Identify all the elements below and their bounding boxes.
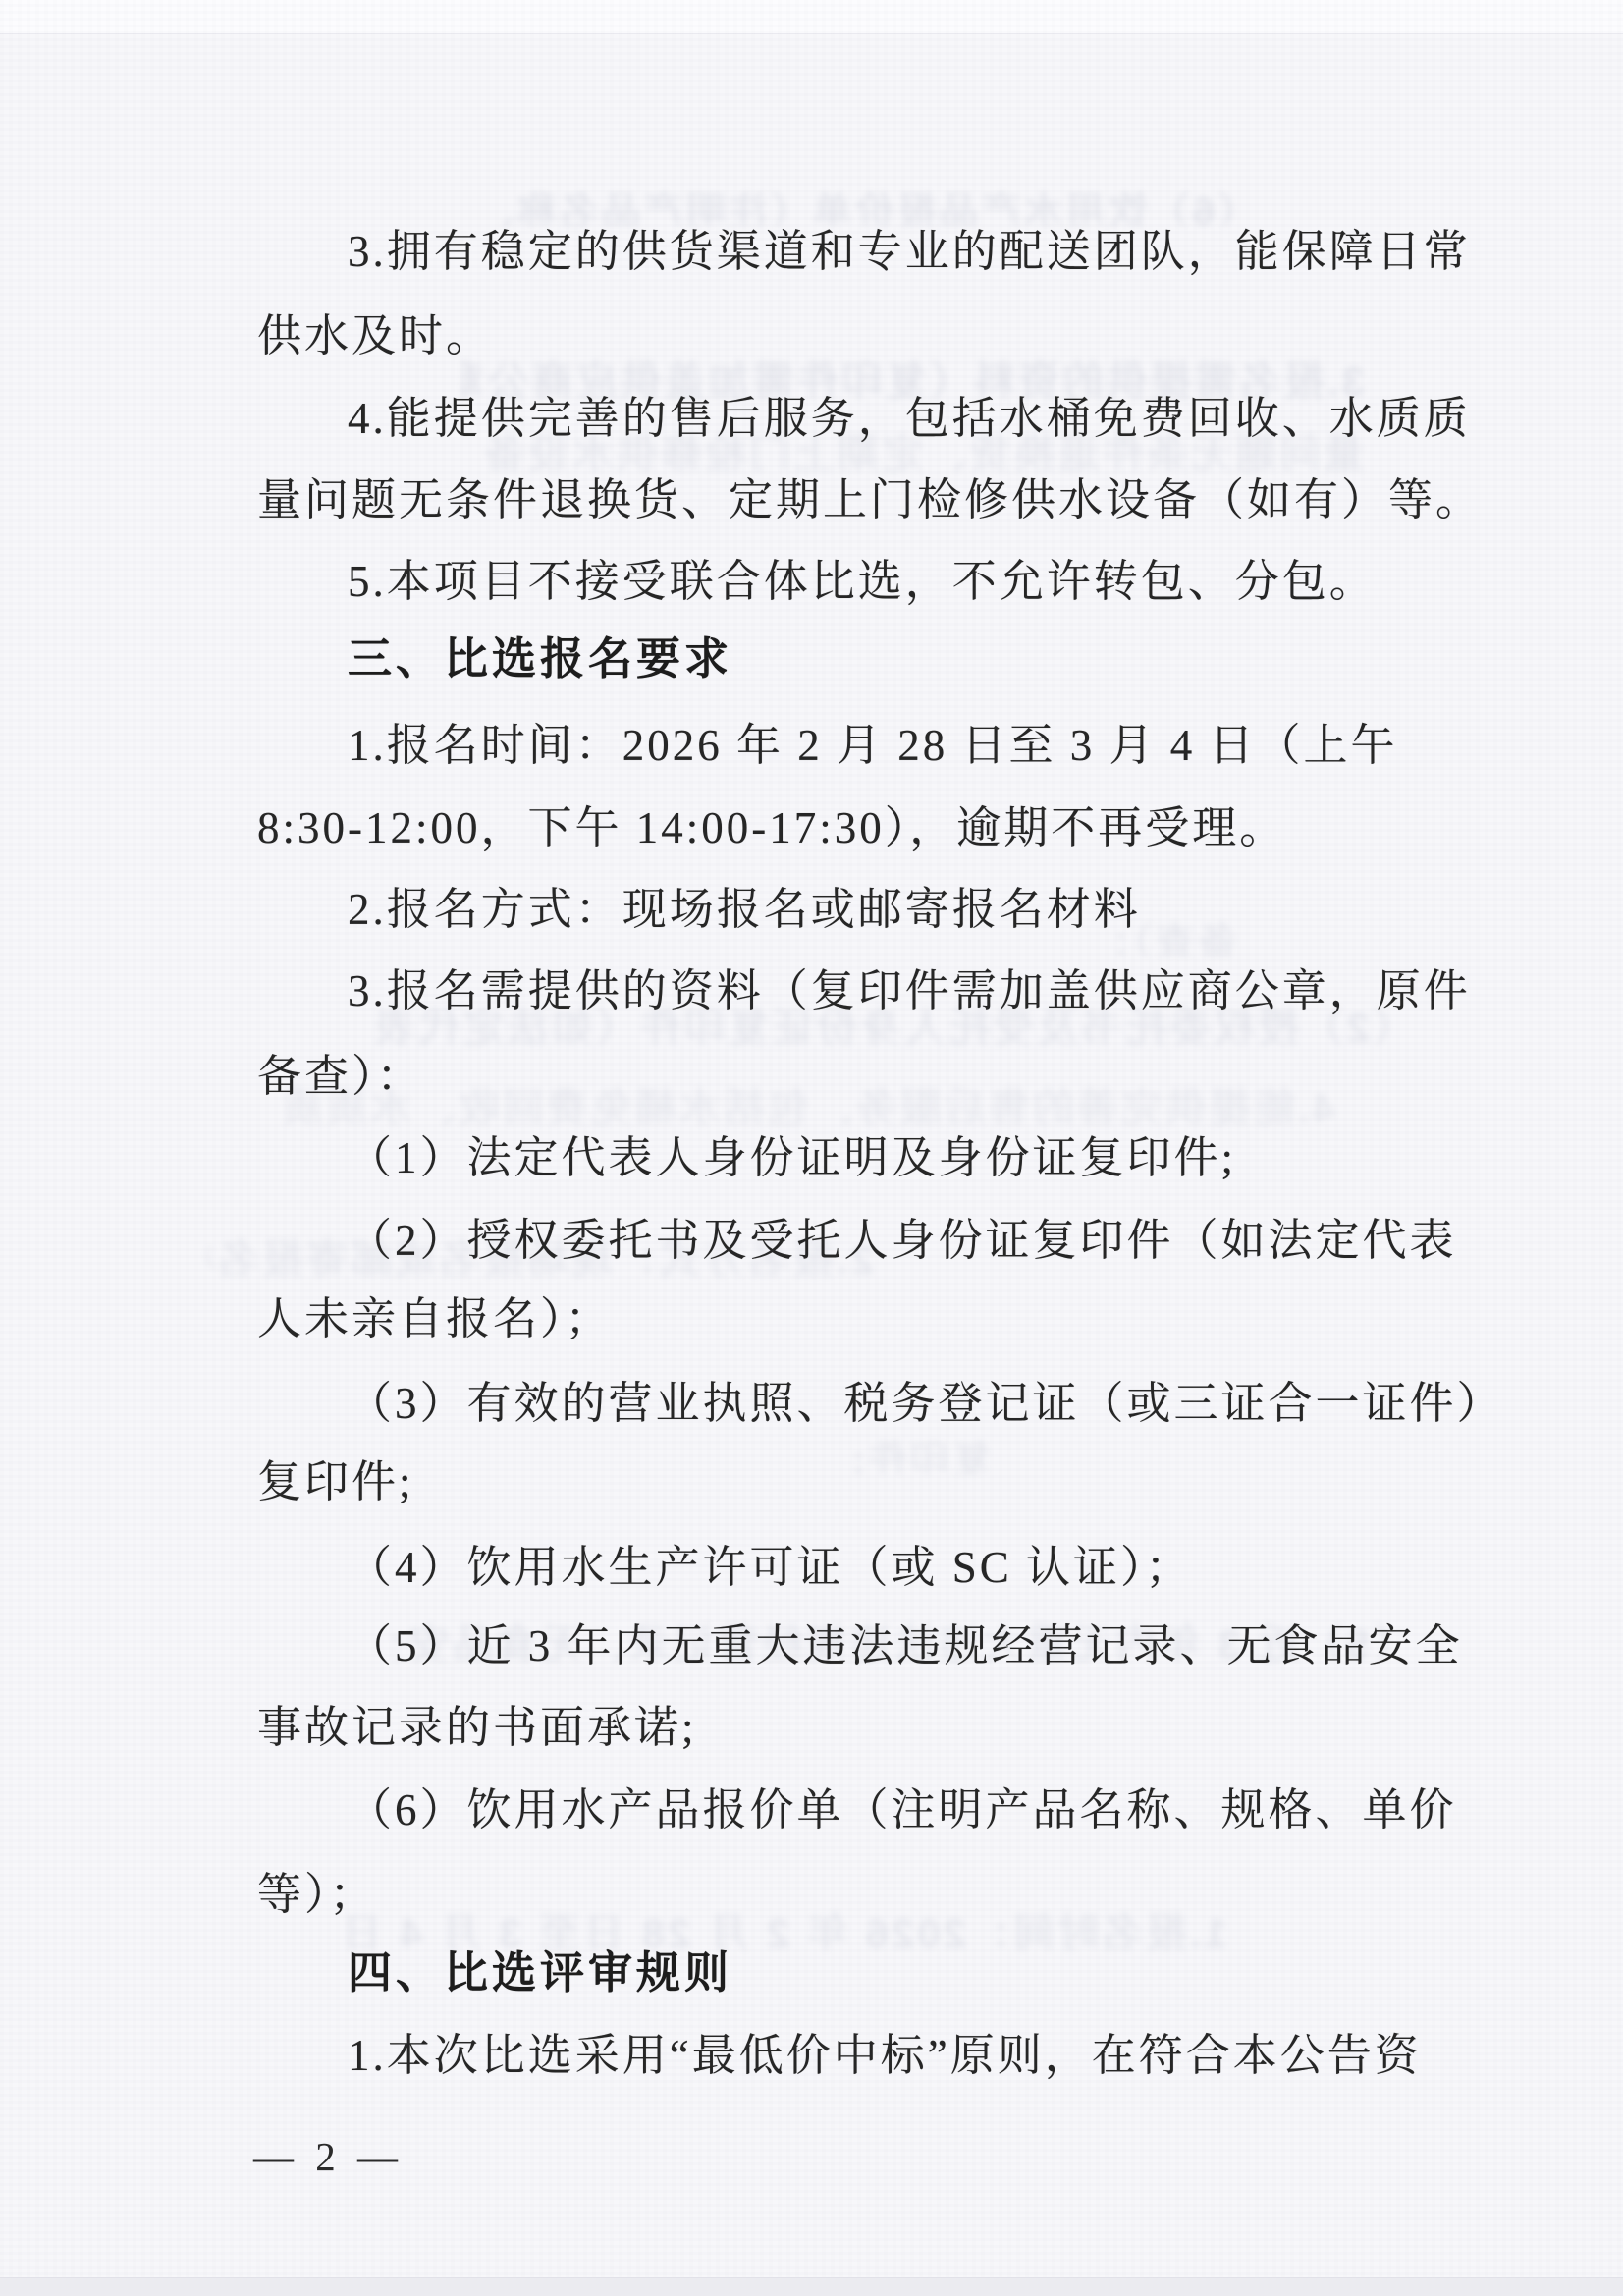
body-line: 5.本项目不接受联合体比选，不允许转包、分包。 <box>348 552 1377 611</box>
body-line: 2.报名方式：现场报名或邮寄报名材料 <box>348 880 1141 939</box>
body-line: 4.能提供完善的售后服务，包括水桶免费回收、水质质 <box>348 389 1471 448</box>
bleed-through-artifact: 复印件; <box>530 1429 992 1474</box>
scanned-document-page: （6）饮用水产品报价单（注明产品名称、规格、单价 3.报名需提供的资料（复印件需… <box>0 0 1623 2296</box>
body-line: 供水及时。 <box>257 306 493 365</box>
scan-edge-bottom <box>0 2277 1623 2296</box>
section-heading-4: 四、比选评审规则 <box>348 1943 732 2002</box>
bleed-through-artifact: （6）饮用水产品报价单（注明产品名称、规格、单价 <box>471 181 1257 226</box>
body-line: 3.拥有稳定的供货渠道和专业的配送团队，能保障日常 <box>348 222 1471 281</box>
body-line: 1.本次比选采用“最低价中标”原则，在符合本公告资 <box>348 2026 1422 2085</box>
body-line: 备查）： <box>257 1047 424 1106</box>
body-line: 复印件; <box>257 1452 414 1511</box>
body-line: （6）饮用水产品报价单（注明产品名称、规格、单价 <box>348 1780 1457 1839</box>
body-line: （2）授权委托书及受托人身份证复印件（如法定代表 <box>348 1211 1457 1270</box>
body-line: 8:30-12:00，下午 14:00-17:30），逾期不再受理。 <box>257 798 1286 857</box>
body-line: （5）近 3 年内无重大违法违规经营记录、无食品安全 <box>348 1616 1463 1675</box>
body-line: 人未亲自报名）； <box>257 1289 613 1348</box>
body-line: （4）饮用水生产许可证（或 SC 认证）； <box>348 1538 1193 1597</box>
body-line: 1.报名时间：2026 年 2 月 28 日至 3 月 4 日（上午 <box>348 716 1398 775</box>
body-line: （1）法定代表人身份证明及身份证复印件; <box>348 1128 1236 1187</box>
body-line: （3）有效的营业执照、税务登记证（或三证合一证件） <box>348 1374 1504 1433</box>
scan-edge-top <box>0 0 1623 34</box>
section-heading-3: 三、比选报名要求 <box>348 629 732 688</box>
body-line: 量问题无条件退换货、定期上门检修供水设备（如有）等。 <box>257 470 1483 529</box>
body-line: 事故记录的书面承诺; <box>257 1698 697 1757</box>
page-number: — 2 — <box>253 2133 404 2180</box>
body-line: 3.报名需提供的资料（复印件需加盖供应商公章，原件 <box>348 961 1471 1020</box>
body-line: 等）； <box>257 1865 377 1924</box>
